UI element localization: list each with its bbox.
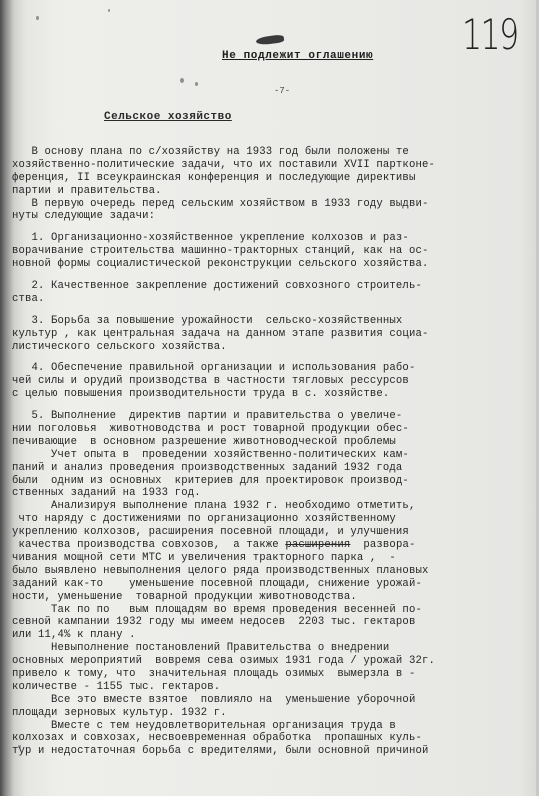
text-line: 1. Организационно-хозяйственное укреплен… xyxy=(12,232,530,245)
text-line: чей силы и орудий производства в частнос… xyxy=(12,375,530,388)
ink-speck xyxy=(108,9,110,12)
text-line: В основу плана по с/хозяйству на 1933 го… xyxy=(12,146,530,159)
paragraph-gap xyxy=(12,306,530,315)
text-line: качества производства совхозов, а также … xyxy=(12,539,530,552)
archival-document-page: Не подлежит оглашению 119 -7- Сельское х… xyxy=(0,0,539,796)
paragraph: 3. Борьба за повышение урожайности сельс… xyxy=(12,315,530,354)
text-line: ности, уменьшение товарной продукции жив… xyxy=(12,591,530,604)
text-line: заданий как-то уменьшение посевной площа… xyxy=(12,578,530,591)
paragraph-gap xyxy=(12,271,530,280)
paragraph-gap xyxy=(12,401,530,410)
text-line: печивающие в основном разрешение животно… xyxy=(12,436,530,449)
text-line: Учет опыта в проведении хозяйственно-пол… xyxy=(12,449,530,462)
text-line: Так по по вым площадям во время проведен… xyxy=(12,604,530,617)
text-line: нии поголовья животноводства и рост това… xyxy=(12,423,530,436)
text-line: паний и анализ проведения производственн… xyxy=(12,462,530,475)
text-line: Вместе с тем неудовлетворительная органи… xyxy=(12,720,530,733)
ink-blot xyxy=(256,34,285,46)
text-line: количестве - 1155 тыс. гектаров. xyxy=(12,681,530,694)
document-body: В основу плана по с/хозяйству на 1933 го… xyxy=(12,146,530,758)
text-line: нуты следующие задачи: xyxy=(12,210,530,223)
text-line: Невыполнение постановлений Правительства… xyxy=(12,642,530,655)
ink-speck xyxy=(180,78,184,83)
text-line: 2. Качественное закрепление достижений с… xyxy=(12,280,530,293)
text-line: листического сельского хозяйства. xyxy=(12,341,530,354)
text-line: ворачивание строительства машинно-тракто… xyxy=(12,245,530,258)
text-line: что наряду с достижениями по организацио… xyxy=(12,513,530,526)
text-line: с целью повышения производительности тру… xyxy=(12,388,530,401)
text-line: привело к тому, что значительная площадь… xyxy=(12,668,530,681)
text-line: В первую очередь перед сельским хозяйств… xyxy=(12,198,530,211)
text-line: ственных заданий на 1933 год. xyxy=(12,487,530,500)
text-line: основных мероприятий вовремя сева озимых… xyxy=(12,655,530,668)
text-line: тур и недостаточная борьба с вредителями… xyxy=(12,745,530,758)
text-line: ства. xyxy=(12,293,530,306)
paragraph: В основу плана по с/хозяйству на 1933 го… xyxy=(12,146,530,198)
text-line: 4. Обеспечение правильной организации и … xyxy=(12,362,530,375)
text-line: новной формы социалистической реконструк… xyxy=(12,258,530,271)
confidentiality-header: Не подлежит оглашению xyxy=(222,50,373,62)
struck-word: расширения xyxy=(285,539,350,551)
ink-speck xyxy=(36,16,39,20)
text-line: 5. Выполнение директив партии и правител… xyxy=(12,410,530,423)
text-line: Все это вместе взятое повлияло на уменьш… xyxy=(12,694,530,707)
text-line: хозяйственно-политические задачи, что их… xyxy=(12,159,530,172)
paragraph: 1. Организационно-хозяйственное укреплен… xyxy=(12,232,530,271)
text-line: Анализируя выполнение плана 1932 г. необ… xyxy=(12,500,530,513)
text-line: чивания мощной сети МТС и увеличения тра… xyxy=(12,552,530,565)
text-line: культур , как центральная задача на данн… xyxy=(12,328,530,341)
text-line: были одним из основных критериев для про… xyxy=(12,475,530,488)
text-line: 3. Борьба за повышение урожайности сельс… xyxy=(12,315,530,328)
paragraph: В первую очередь перед сельским хозяйств… xyxy=(12,198,530,224)
section-title: Сельское хозяйство xyxy=(104,111,232,123)
text-line: колхозах и совхозах, несвоевременная обр… xyxy=(12,732,530,745)
text-line: ференция, II всеукраинская конференция и… xyxy=(12,172,530,185)
paragraph: 4. Обеспечение правильной организации и … xyxy=(12,362,530,401)
paragraph-gap xyxy=(12,223,530,232)
paragraph: 2. Качественное закрепление достижений с… xyxy=(12,280,530,306)
text-line: или 11,4% к плану . xyxy=(12,629,530,642)
typed-page-marker: -7- xyxy=(274,86,290,96)
text-line: площади зерновых культур. 1932 г. xyxy=(12,707,530,720)
text-line: партии и правительства. xyxy=(12,185,530,198)
ink-speck xyxy=(195,82,198,86)
text-line: севной кампании 1932 году мы имеем недос… xyxy=(12,616,530,629)
text-line: укреплению колхозов, расширения посевной… xyxy=(12,526,530,539)
paragraph: 5. Выполнение директив партии и правител… xyxy=(12,410,530,758)
text-line: было выявлено невыполнения целого ряда п… xyxy=(12,565,530,578)
handwritten-page-number: 119 xyxy=(462,10,518,59)
